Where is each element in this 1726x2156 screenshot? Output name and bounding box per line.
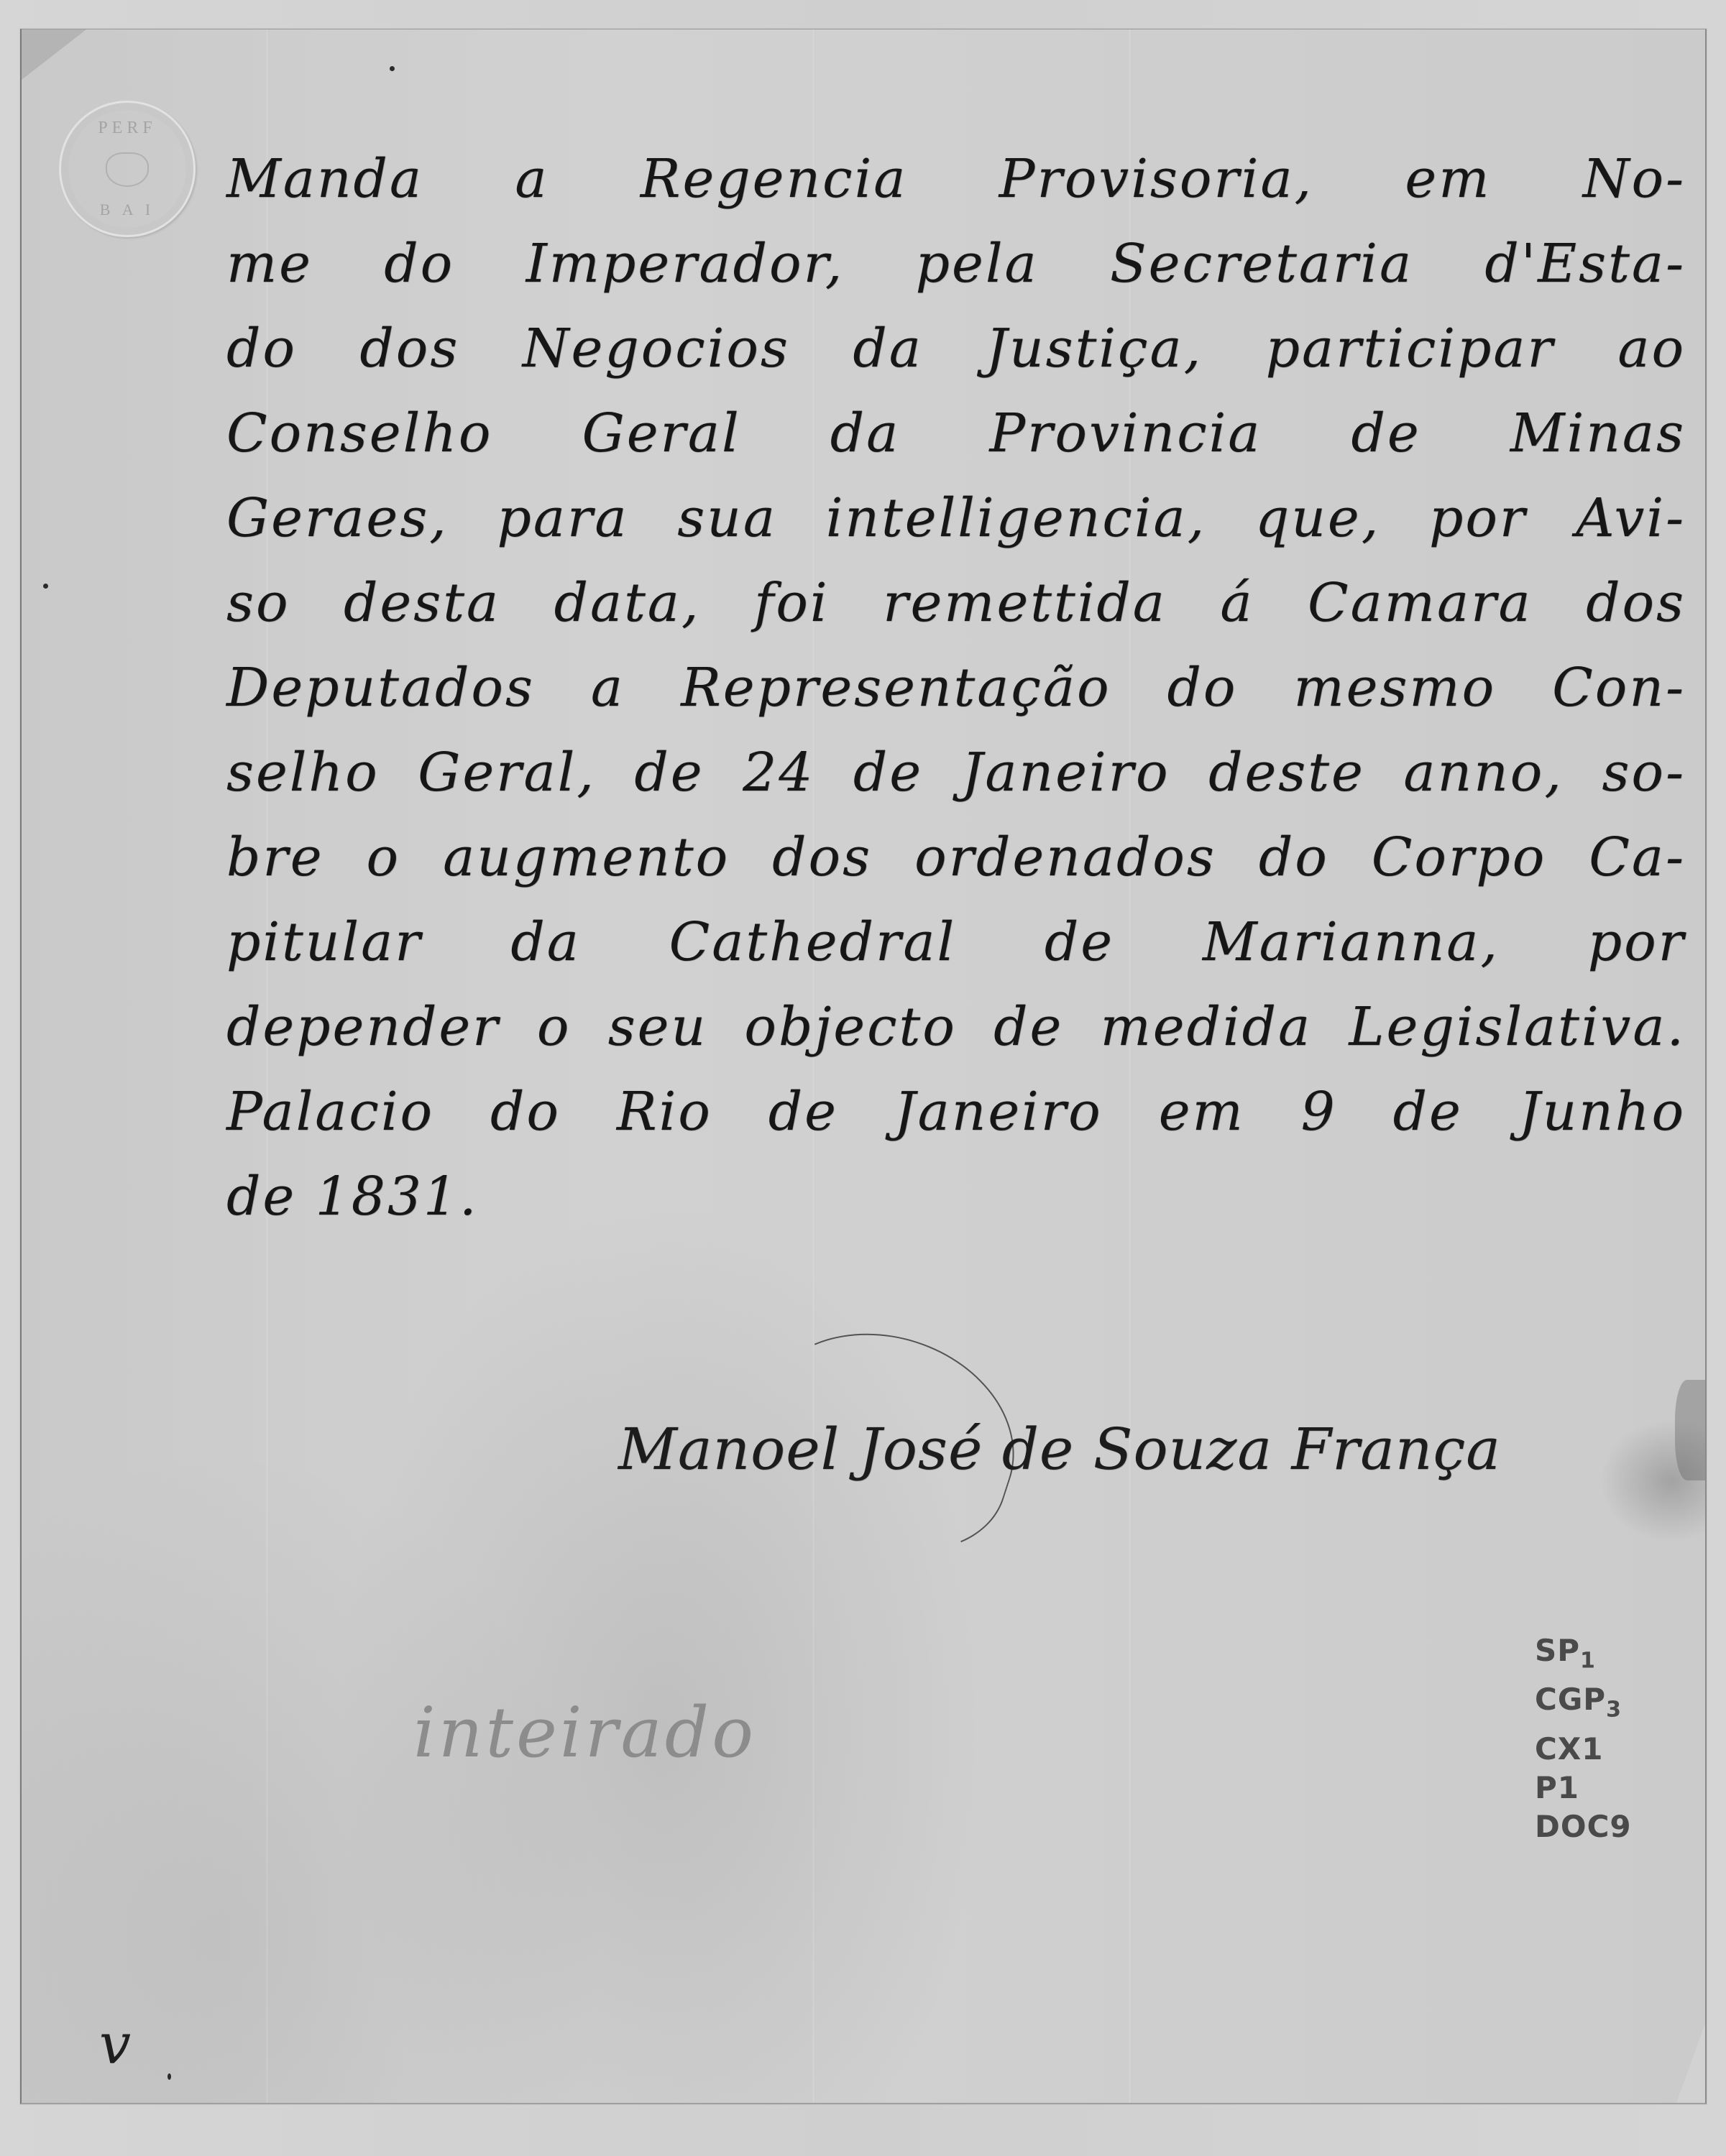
catalog-line: CX1 — [1535, 1730, 1632, 1769]
ink-dot — [43, 584, 48, 589]
body-line: Manda a Regencia Provisoria, em No- — [226, 137, 1686, 221]
signature: Manoel José de Souza França — [618, 1416, 1501, 1483]
embossed-seal-icon: PERF B A I — [59, 101, 196, 237]
seal-bottom-text: B A I — [100, 201, 155, 219]
folded-corner-bottom-right — [1676, 2024, 1705, 2103]
body-line: Conselho Geral da Provincia de Minas — [226, 391, 1686, 476]
archive-catalog-mark: SP1 CGP3 CX1 P1 DOC9 — [1535, 1631, 1632, 1846]
ink-dot — [167, 2073, 171, 2080]
bottom-left-mark: v — [99, 2012, 131, 2077]
body-line: Geraes, para sua intelligencia, que, por… — [226, 476, 1686, 561]
body-line: depender o seu objecto de medida Legisla… — [226, 985, 1686, 1069]
dateline: Palacio do Rio de Janeiro em 9 de Junho — [226, 1069, 1686, 1154]
pencil-annotation: inteirado — [413, 1692, 756, 1773]
folded-corner-top-left — [22, 29, 86, 80]
body-line: bre o augmento dos ordenados do Corpo Ca… — [226, 815, 1686, 900]
ink-stain — [1675, 1380, 1705, 1480]
catalog-line: P1 — [1535, 1769, 1632, 1807]
catalog-line: CGP3 — [1535, 1680, 1632, 1729]
seal-top-text: PERF — [98, 119, 156, 138]
catalog-line: SP1 — [1535, 1631, 1632, 1680]
body-line: me do Imperador, pela Secretaria d'Esta- — [226, 221, 1686, 306]
dateline-year: de 1831. — [226, 1154, 1686, 1239]
catalog-line: DOC9 — [1535, 1807, 1632, 1846]
body-line: so desta data, foi remettida á Camara do… — [226, 561, 1686, 645]
body-line: selho Geral, de 24 de Janeiro deste anno… — [226, 730, 1686, 815]
body-line: pitular da Cathedral de Marianna, por — [226, 900, 1686, 985]
seal-emblem-icon — [106, 152, 149, 187]
letter-body: Manda a Regencia Provisoria, em No- me d… — [226, 137, 1686, 1239]
body-line: Deputados a Representação do mesmo Con- — [226, 645, 1686, 730]
body-line: do dos Negocios da Justiça, participar a… — [226, 306, 1686, 391]
ink-dot — [390, 66, 395, 71]
